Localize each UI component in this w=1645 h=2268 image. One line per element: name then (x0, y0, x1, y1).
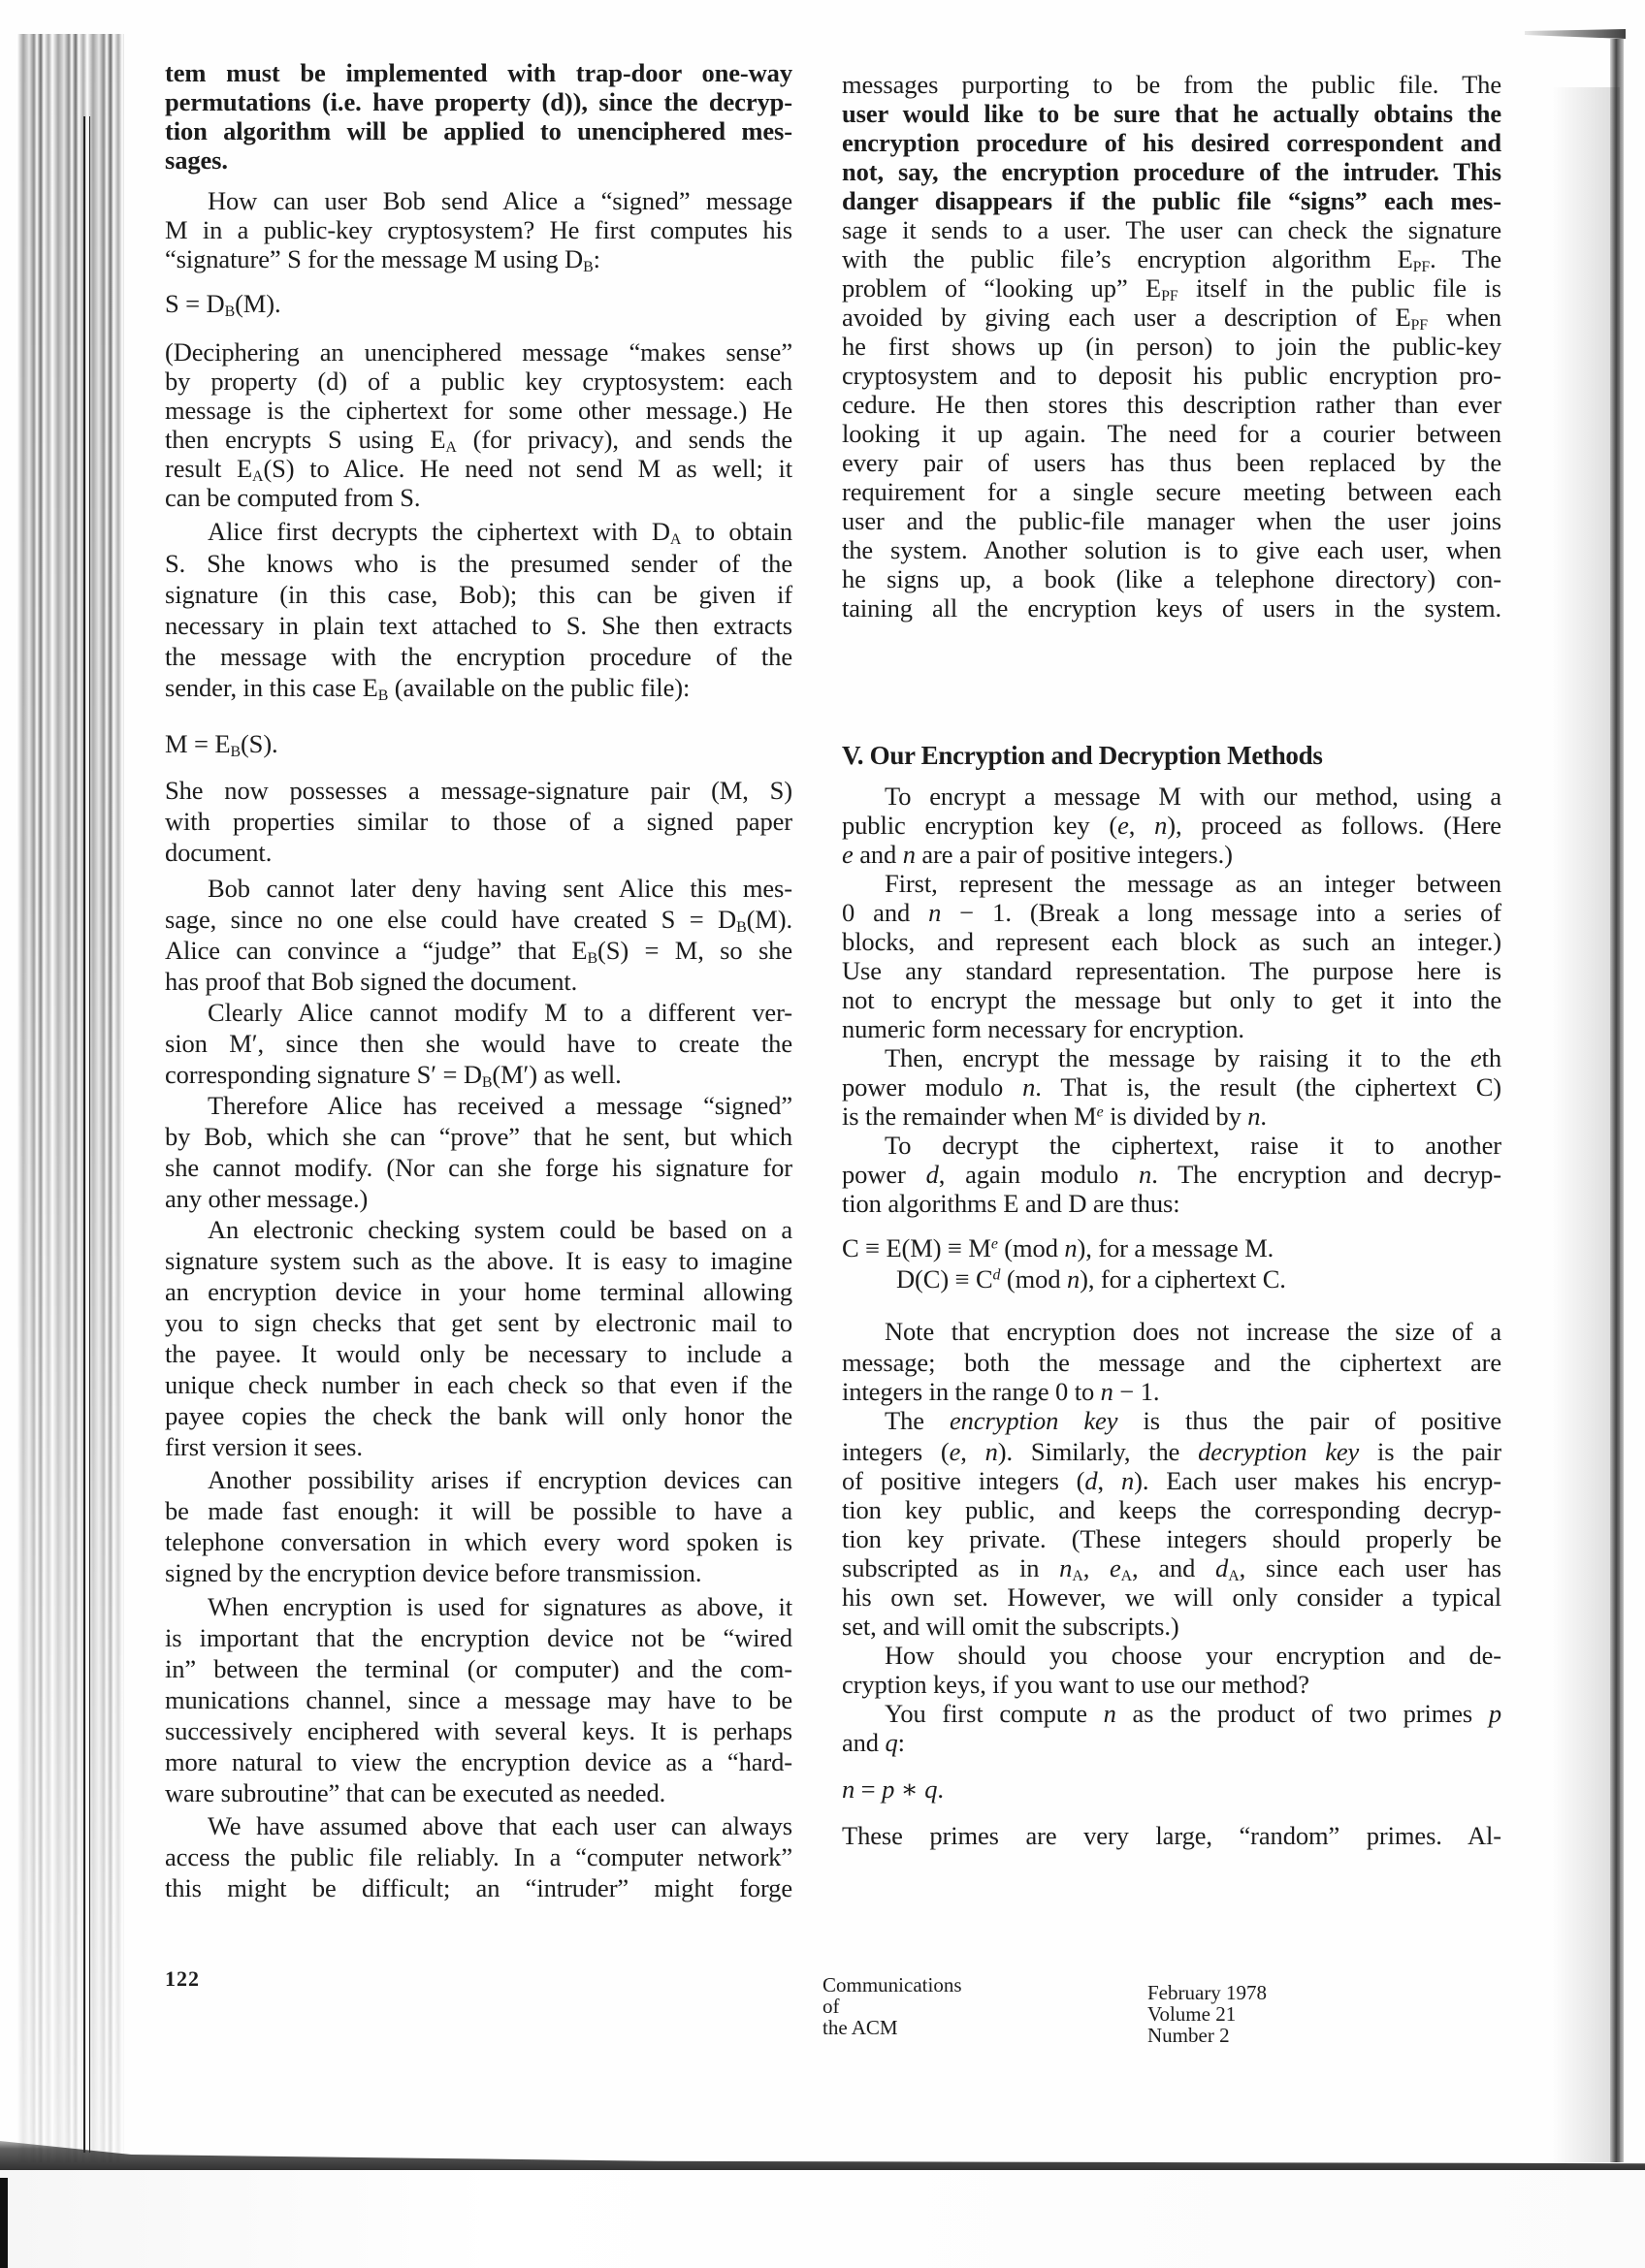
text-run: looking it up again. The need for a cour… (842, 419, 1501, 448)
footer-date: February 1978 (1147, 1982, 1267, 2003)
text-run: the payee. It would only be necessary to… (165, 1339, 792, 1368)
binding-line (89, 116, 90, 2153)
text-run: access the public file reliably. In a “c… (165, 1842, 792, 1871)
text-run: sages. (165, 145, 228, 175)
text-run: sage, since no one else could have creat… (165, 905, 736, 934)
text-run: n (1101, 1377, 1113, 1406)
text-run: first version it sees. (165, 1432, 363, 1461)
text-run: (available on the public file): (388, 673, 690, 702)
footer-journal-line: the ACM (822, 2017, 962, 2038)
subscript: B (225, 303, 236, 320)
text-run: successively enciphered with several key… (165, 1716, 792, 1745)
text-line: Clearly Alice cannot modify M to a diffe… (165, 998, 792, 1027)
text-run: Note that encryption does not increase t… (885, 1317, 1501, 1346)
text-line: is important that the encryption device … (165, 1623, 792, 1652)
text-run: encryption procedure of his desired corr… (842, 128, 1501, 157)
text-line: munications channel, since a message may… (165, 1685, 792, 1714)
text-line: ware subroutine” that can be executed as… (165, 1778, 792, 1807)
text-line: power d, again modulo n. The encryption … (842, 1160, 1501, 1189)
text-run: Bob cannot later deny having sent Alice … (208, 874, 792, 903)
text-run: as the product of two primes (1116, 1699, 1489, 1728)
text-run: ). Each user makes his encryp- (1134, 1466, 1501, 1495)
text-run: signature system such as the above. It i… (165, 1246, 792, 1275)
text-run: message is the ciphertext for some other… (165, 396, 792, 425)
text-run: e (842, 840, 854, 869)
equation-line: D(C) ≡ Cd (mod n), for a ciphertext C. (842, 1264, 1501, 1294)
text-run: messages purporting to be from the publi… (842, 70, 1501, 99)
text-line: integers in the range 0 to n − 1. (842, 1377, 1501, 1406)
text-line: signature (in this case, Bob); this can … (165, 580, 792, 609)
text-run: − 1. (Break a long message into a series… (941, 898, 1501, 927)
text-line: Alice can convince a “judge” that EB(S) … (165, 936, 792, 965)
text-run: sender, in this case E (165, 673, 378, 702)
text-line: she cannot modify. (Nor can she forge hi… (165, 1153, 792, 1182)
text-line: with properties similar to those of a si… (165, 807, 792, 836)
text-run: : (898, 1728, 905, 1757)
text-run: . (937, 1774, 944, 1804)
text-run: An electronic checking system could be b… (208, 1215, 792, 1244)
text-line: tion key private. (These integers should… (842, 1524, 1501, 1553)
text-line: M in a public-key cryptosystem? He first… (165, 215, 792, 244)
text-run: (S) = M, so she (597, 936, 792, 965)
text-run: requirement for a single secure meeting … (842, 477, 1501, 506)
text-run: q (924, 1774, 937, 1804)
text-run: (M′) as well. (492, 1060, 621, 1089)
text-line: problem of “looking up” EPF itself in th… (842, 273, 1501, 303)
text-line: encryption procedure of his desired corr… (842, 128, 1501, 157)
text-line: he signs up, a book (like a telephone di… (842, 564, 1501, 593)
text-run: sion M′, since then she would have to cr… (165, 1029, 792, 1058)
text-line: not, say, the encryption procedure of th… (842, 157, 1501, 186)
text-run: not, say, the encryption procedure of th… (842, 157, 1501, 186)
text-run: − 1. (1113, 1377, 1160, 1406)
text-run: n (842, 1774, 855, 1804)
text-run: , (960, 1437, 984, 1466)
text-run: M in a public-key cryptosystem? He first… (165, 215, 792, 244)
text-run: (M). (747, 905, 792, 934)
text-run: You first compute (885, 1699, 1104, 1728)
subscript: B (482, 1074, 493, 1091)
text-run: by property (d) of a public key cryptosy… (165, 367, 792, 396)
text-run: an encryption device in your home termin… (165, 1277, 792, 1306)
text-line: Bob cannot later deny having sent Alice … (165, 874, 792, 903)
text-run: p (1489, 1699, 1501, 1728)
text-line: his own set. However, we will only consi… (842, 1582, 1501, 1612)
text-line: this might be difficult; an “intruder” m… (165, 1873, 792, 1902)
text-run: tion key public, and keeps the correspon… (842, 1495, 1501, 1524)
text-line: requirement for a single secure meeting … (842, 477, 1501, 506)
text-run: Use any standard representation. The pur… (842, 956, 1501, 985)
text-run: and (854, 840, 903, 869)
text-run: you to sign checks that get sent by elec… (165, 1308, 792, 1337)
binding-line (83, 116, 85, 2153)
text-run: n (1059, 1553, 1072, 1582)
text-run: corresponding signature S′ = D (165, 1060, 482, 1089)
text-line: message; both the message and the cipher… (842, 1348, 1501, 1377)
text-run: permutations (i.e. have property (d)), s… (165, 87, 792, 116)
text-run: , and (1132, 1553, 1215, 1582)
text-run: To encrypt a message M with our method, … (885, 782, 1501, 811)
text-run: d (1215, 1553, 1228, 1582)
scanner-bed (0, 2170, 1645, 2268)
text-run: n (928, 898, 941, 927)
text-line: We have assumed above that each user can… (165, 1811, 792, 1840)
text-run: telephone conversation in which every wo… (165, 1527, 792, 1556)
text-line: first version it sees. (165, 1432, 792, 1461)
text-run: by Bob, which she can “prove” that he se… (165, 1122, 792, 1151)
text-run: in” between the terminal (or computer) a… (165, 1654, 792, 1683)
text-line: of positive integers (d, n). Each user m… (842, 1466, 1501, 1495)
text-line: messages purporting to be from the publi… (842, 70, 1501, 99)
superscript: e (991, 1235, 998, 1252)
text-line: sender, in this case EB (available on th… (165, 673, 792, 702)
superscript: e (1097, 1103, 1104, 1120)
text-run: Clearly Alice cannot modify M to a diffe… (208, 998, 792, 1027)
text-run: , (1083, 1553, 1110, 1582)
text-line: (Deciphering an unenciphered message “ma… (165, 337, 792, 367)
text-run: n (1022, 1072, 1035, 1102)
text-line: An electronic checking system could be b… (165, 1215, 792, 1244)
text-run: We have assumed above that each user can… (208, 1811, 792, 1840)
text-line: You first compute n as the product of tw… (842, 1699, 1501, 1728)
text-line: These primes are very large, “random” pr… (842, 1821, 1501, 1850)
text-run: (M). (235, 289, 280, 318)
text-run: is the remainder when M (842, 1102, 1097, 1131)
equation-line: C ≡ E(M) ≡ Me (mod n), for a message M. (842, 1233, 1501, 1262)
text-line: the message with the encryption procedur… (165, 642, 792, 671)
text-run: (Deciphering an unenciphered message “ma… (165, 337, 792, 367)
text-run: are a pair of positive integers.) (916, 840, 1233, 869)
text-run: d (926, 1160, 939, 1189)
text-run: can be computed from S. (165, 483, 420, 512)
text-run: n (1154, 811, 1167, 840)
text-run: e (950, 1437, 961, 1466)
text-run: numeric form necessary for encryption. (842, 1014, 1244, 1043)
text-run: the message with the encryption procedur… (165, 642, 792, 671)
text-line: more natural to view the encryption devi… (165, 1747, 792, 1776)
text-line: cryption keys, if you want to use our me… (842, 1670, 1501, 1699)
text-line: 0 and n − 1. (Break a long message into … (842, 898, 1501, 927)
text-line: and q: (842, 1728, 1501, 1757)
text-run: . The encryption and decryp- (1151, 1160, 1501, 1189)
text-run: To decrypt the ciphertext, raise it to a… (885, 1131, 1501, 1160)
text-run: signature (in this case, Bob); this can … (165, 580, 792, 609)
text-run: power (842, 1160, 926, 1189)
text-run: th (1482, 1043, 1501, 1072)
text-line: sage, since no one else could have creat… (165, 905, 792, 934)
text-run: n (1064, 1233, 1077, 1262)
text-run: power modulo (842, 1072, 1022, 1102)
text-line: unique check number in each check so tha… (165, 1370, 792, 1399)
text-run: necessary in plain text attached to S. S… (165, 611, 792, 640)
text-run: The (885, 1406, 950, 1435)
text-line: integers (e, n). Similarly, the decrypti… (842, 1437, 1501, 1466)
text-line: is the remainder when Me is divided by n… (842, 1102, 1501, 1131)
text-line: telephone conversation in which every wo… (165, 1527, 792, 1556)
text-line: any other message.) (165, 1184, 792, 1213)
text-run: = (855, 1774, 882, 1804)
text-line: with the public file’s encryption algori… (842, 244, 1501, 273)
text-run: tion algorithms E and D are thus: (842, 1189, 1180, 1218)
text-run: more natural to view the encryption devi… (165, 1747, 792, 1776)
text-line: Use any standard representation. The pur… (842, 956, 1501, 985)
text-run: not to encrypt the message but only to g… (842, 985, 1501, 1014)
text-line: set, and will omit the subscripts.) (842, 1612, 1501, 1641)
text-line: user and the public-file manager when th… (842, 506, 1501, 535)
text-run: Then, encrypt the message by raising it … (885, 1043, 1470, 1072)
equation-line: S = DB(M). (165, 289, 792, 318)
text-run: the system. Another solution is to give … (842, 535, 1501, 564)
text-run: problem of “looking up” E (842, 273, 1161, 303)
text-run: then encrypts S using E (165, 425, 445, 454)
footer-journal-name: Communications of the ACM (822, 1974, 962, 2038)
footer-journal-line: Communications (822, 1974, 962, 1996)
text-run: e (1117, 811, 1129, 840)
text-run: of positive integers ( (842, 1466, 1084, 1495)
text-run: e (1470, 1043, 1482, 1072)
text-run: has proof that Bob signed the document. (165, 967, 577, 996)
text-run: user and the public-file manager when th… (842, 506, 1501, 535)
text-line: cedure. He then stores this description … (842, 390, 1501, 419)
text-line: signed by the encryption device before t… (165, 1558, 792, 1587)
text-line: permutations (i.e. have property (d)), s… (165, 87, 792, 116)
text-line: cryptosystem and to deposit his public e… (842, 361, 1501, 390)
text-line: document. (165, 838, 792, 867)
text-run: be made fast enough: it will be possible… (165, 1496, 792, 1525)
text-run: tion algorithm will be applied to unenci… (165, 116, 792, 145)
text-run: Therefore Alice has received a message “… (208, 1091, 792, 1120)
text-run: n (1121, 1466, 1134, 1495)
text-line: result EA(S) to Alice. He need not send … (165, 454, 792, 483)
text-run: p (882, 1774, 894, 1804)
text-line: numeric form necessary for encryption. (842, 1014, 1501, 1043)
text-run: d (1084, 1466, 1097, 1495)
text-run: (S). (241, 729, 278, 758)
text-run: : (594, 244, 600, 273)
text-run: . The (1430, 244, 1501, 273)
text-line: an encryption device in your home termin… (165, 1277, 792, 1306)
subscript: B (230, 744, 241, 760)
text-run: Alice can convince a “judge” that E (165, 936, 588, 965)
text-run: First, represent the message as an integ… (885, 869, 1501, 898)
text-line: Then, encrypt the message by raising it … (842, 1043, 1501, 1072)
text-line: has proof that Bob signed the document. (165, 967, 792, 996)
text-run: ), for a ciphertext C. (1080, 1264, 1286, 1294)
text-line: e and n are a pair of positive integers.… (842, 840, 1501, 869)
bottom-page-edge (0, 2133, 1645, 2172)
text-line: blocks, and represent each block as such… (842, 927, 1501, 956)
text-line: in” between the terminal (or computer) a… (165, 1654, 792, 1683)
text-line: tion algorithms E and D are thus: (842, 1189, 1501, 1218)
text-run: , (1129, 811, 1154, 840)
subscript: B (588, 950, 598, 967)
subscript: A (670, 531, 681, 548)
text-run: avoided by giving each user a descriptio… (842, 303, 1411, 332)
text-run: with the public file’s encryption algori… (842, 244, 1413, 273)
text-run: (S) to Alice. He need not send M as well… (263, 454, 792, 483)
text-run: S. She knows who is the presumed sender … (165, 549, 792, 578)
text-run: subscripted as in (842, 1553, 1059, 1582)
text-run: she cannot modify. (Nor can she forge hi… (165, 1153, 792, 1182)
footer-issue-info: February 1978 Volume 21 Number 2 (1147, 1982, 1267, 2046)
scanner-bed-edge (0, 2178, 8, 2268)
text-line: public encryption key (e, n), proceed as… (842, 811, 1501, 840)
text-run: cedure. He then stores this description … (842, 390, 1501, 419)
text-run: “signature” S for the message M using D (165, 244, 583, 273)
text-line: sage it sends to a user. The user can ch… (842, 215, 1501, 244)
text-line: danger disappears if the public file “si… (842, 186, 1501, 215)
text-run: he first shows up (in person) to join th… (842, 332, 1501, 361)
text-run: itself in the public file is (1178, 273, 1501, 303)
text-line: To encrypt a message M with our method, … (842, 782, 1501, 811)
text-run: is divided by (1104, 1102, 1248, 1131)
text-run: integers in the range 0 to (842, 1377, 1101, 1406)
text-run: tem must be implemented with trap-door o… (165, 58, 792, 87)
text-run: message; both the message and the cipher… (842, 1348, 1501, 1377)
text-run: decryption key (1198, 1437, 1359, 1466)
subscript: B (583, 259, 594, 275)
text-line: corresponding signature S′ = DB(M′) as w… (165, 1060, 792, 1089)
text-run: (mod (1000, 1264, 1067, 1294)
text-line: he first shows up (in person) to join th… (842, 332, 1501, 361)
text-run: tion key private. (These integers should… (842, 1524, 1501, 1553)
text-run: danger disappears if the public file “si… (842, 186, 1501, 215)
text-line: Another possibility arises if encryption… (165, 1465, 792, 1494)
equation-line: n = p ∗ q. (842, 1774, 1501, 1804)
text-line: successively enciphered with several key… (165, 1716, 792, 1745)
text-line: taining all the encryption keys of users… (842, 593, 1501, 623)
text-run: cryptosystem and to deposit his public e… (842, 361, 1501, 390)
text-line: When encryption is used for signatures a… (165, 1592, 792, 1621)
text-line: signature system such as the above. It i… (165, 1246, 792, 1275)
text-run: public encryption key ( (842, 811, 1117, 840)
text-run: n (985, 1437, 998, 1466)
scanned-page: tem must be implemented with trap-door o… (0, 0, 1645, 2172)
text-run: to obtain (681, 517, 792, 546)
text-line: not to encrypt the message but only to g… (842, 985, 1501, 1014)
text-run: S = D (165, 289, 225, 318)
text-run: sage it sends to a user. The user can ch… (842, 215, 1501, 244)
binding-shadow (17, 34, 124, 2162)
text-run: cryption keys, if you want to use our me… (842, 1670, 1309, 1699)
footer-journal-line: of (822, 1996, 962, 2017)
text-run: ). Similarly, the (998, 1437, 1198, 1466)
text-run: taining all the encryption keys of users… (842, 593, 1501, 623)
text-run: D(C) ≡ C (896, 1264, 993, 1294)
text-run: when (1428, 303, 1501, 332)
text-run: (mod (998, 1233, 1065, 1262)
text-run: signed by the encryption device before t… (165, 1558, 701, 1587)
text-run: ), for a message M. (1078, 1233, 1274, 1262)
text-line: then encrypts S using EA (for privacy), … (165, 425, 792, 454)
text-line: How can user Bob send Alice a “signed” m… (165, 186, 792, 215)
text-line: looking it up again. The need for a cour… (842, 419, 1501, 448)
footer-number: Number 2 (1147, 2025, 1267, 2046)
text-run: She now possesses a message-signature pa… (165, 776, 792, 805)
text-line: payee copies the check the bank will onl… (165, 1401, 792, 1430)
text-run: he signs up, a book (like a telephone di… (842, 564, 1501, 593)
text-run: unique check number in each check so tha… (165, 1370, 792, 1399)
text-line: Note that encryption does not increase t… (842, 1317, 1501, 1346)
subscript: B (736, 919, 747, 936)
text-line: power modulo n. That is, the result (the… (842, 1072, 1501, 1102)
text-line: every pair of users has thus been replac… (842, 448, 1501, 477)
text-line: necessary in plain text attached to S. S… (165, 611, 792, 640)
text-run: ), proceed as follows. (Here (1167, 811, 1501, 840)
text-run: q (886, 1728, 898, 1757)
text-line: tion algorithm will be applied to unenci… (165, 116, 792, 145)
text-run: M = E (165, 729, 230, 758)
text-line: user would like to be sure that he actua… (842, 99, 1501, 128)
text-run: payee copies the check the bank will onl… (165, 1401, 792, 1430)
text-run: integers ( (842, 1437, 950, 1466)
text-run: encryption key (950, 1406, 1117, 1435)
text-line: can be computed from S. (165, 483, 792, 512)
text-run: user would like to be sure that he actua… (842, 99, 1501, 128)
text-line: sages. (165, 145, 792, 175)
text-run: blocks, and represent each block as such… (842, 927, 1501, 956)
text-run: every pair of users has thus been replac… (842, 448, 1501, 477)
text-run: is the pair (1359, 1437, 1501, 1466)
text-run: any other message.) (165, 1184, 368, 1213)
text-line: you to sign checks that get sent by elec… (165, 1308, 792, 1337)
text-run: (for privacy), and sends the (457, 425, 792, 454)
text-line: Therefore Alice has received a message “… (165, 1091, 792, 1120)
text-run: n (1139, 1160, 1151, 1189)
text-line: tem must be implemented with trap-door o… (165, 58, 792, 87)
text-line: by Bob, which she can “prove” that he se… (165, 1122, 792, 1151)
text-run: is important that the encryption device … (165, 1623, 792, 1652)
text-line: She now possesses a message-signature pa… (165, 776, 792, 805)
text-run: C ≡ E(M) ≡ M (842, 1233, 991, 1262)
text-run: document. (165, 838, 272, 867)
text-run: munications channel, since a message may… (165, 1685, 792, 1714)
text-run: , (1098, 1466, 1121, 1495)
text-line: tion key public, and keeps the correspon… (842, 1495, 1501, 1524)
text-line: the system. Another solution is to give … (842, 535, 1501, 564)
page-number: 122 (165, 1966, 200, 1992)
equation-line: M = EB(S). (165, 729, 792, 758)
text-line: subscripted as in nA, eA, and dA, since … (842, 1553, 1501, 1582)
text-line: Alice first decrypts the ciphertext with… (165, 517, 792, 546)
text-line: the payee. It would only be necessary to… (165, 1339, 792, 1368)
text-run: is thus the pair of positive (1117, 1406, 1501, 1435)
top-right-edge (1525, 29, 1626, 39)
footer-volume: Volume 21 (1147, 2003, 1267, 2025)
text-run: n (1104, 1699, 1116, 1728)
text-line: by property (d) of a public key cryptosy… (165, 367, 792, 396)
text-line: The encryption key is thus the pair of p… (842, 1406, 1501, 1435)
text-line: How should you choose your encryption an… (842, 1641, 1501, 1670)
text-run: , since each user has (1240, 1553, 1501, 1582)
text-run: . (1260, 1102, 1267, 1131)
text-run: with properties similar to those of a si… (165, 807, 792, 836)
text-run: and (842, 1728, 886, 1757)
text-line: message is the ciphertext for some other… (165, 396, 792, 425)
text-run: n (1247, 1102, 1260, 1131)
text-run: ware subroutine” that can be executed as… (165, 1778, 665, 1807)
text-line: access the public file reliably. In a “c… (165, 1842, 792, 1871)
text-line: “signature” S for the message M using DB… (165, 244, 792, 273)
text-line: First, represent the message as an integ… (842, 869, 1501, 898)
text-line: sion M′, since then she would have to cr… (165, 1029, 792, 1058)
text-run: How should you choose your encryption an… (885, 1641, 1501, 1670)
right-page-edge (1610, 39, 1624, 2162)
text-run: this might be difficult; an “intruder” m… (165, 1873, 792, 1902)
text-run: These primes are very large, “random” pr… (842, 1821, 1501, 1850)
text-run: set, and will omit the subscripts.) (842, 1612, 1179, 1641)
text-run: e (1110, 1553, 1121, 1582)
